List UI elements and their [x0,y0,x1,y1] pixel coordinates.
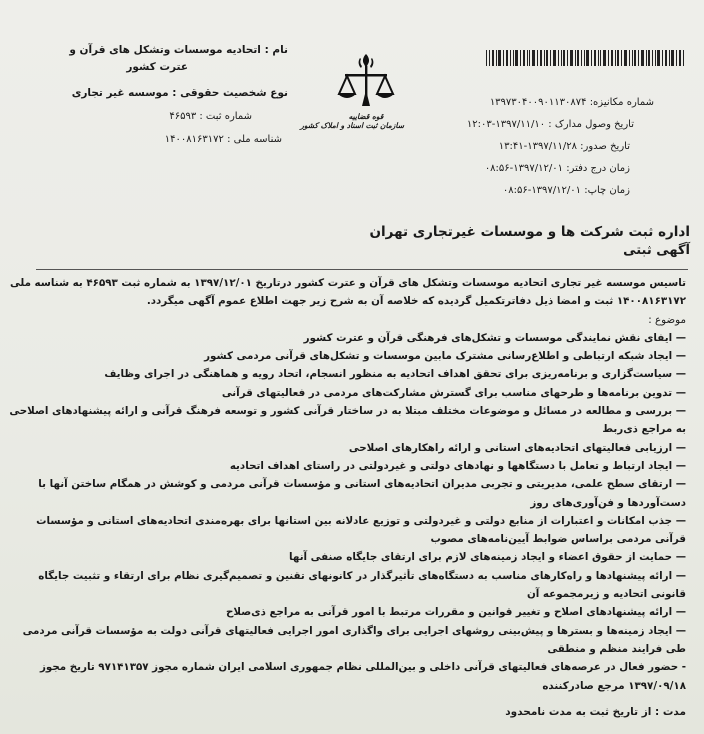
subject-item: ارزیابی فعالیتهای اتحادیه‌های استانی و ا… [8,439,686,457]
subject-item: ایجاد شبکه ارتباطی و اطلاع‌رسانی مشترک م… [8,347,686,365]
document-metadata: شماره مکانیزه: ۱۳۹۷۳۰۴۰۰۹۰۱۱۳۰۸۷۴ تاریخ … [467,92,654,202]
subject-item: حضور فعال در عرصه‌های فعالیتهای قرآنی دا… [8,658,686,695]
national-id: شناسه ملی : ۱۴۰۰۸۱۶۳۱۷۲ [18,134,288,146]
logo-line-2: سازمان ثبت اسناد و املاک کشور [328,121,404,130]
office-heading: اداره ثبت شرکت ها و موسسات غیرتجاری تهرا… [370,224,690,258]
subject-item: حمایت از حقوق اعضاء و ایجاد زمینه‌های لا… [8,548,686,566]
meta-documents-received: تاریخ وصول مدارک : ۱۳۹۷/۱۱/۱۰-۱۲:۰۳ [467,114,654,136]
entity-name: نام : اتحادیه موسسات وتشکل های قرآن و عت… [18,44,288,73]
notice-body: تاسیس موسسه غیر تجاری اتحادیه موسسات وتش… [8,274,686,695]
subject-item: جذب امکانات و اعتبارات از منابع دولتی و … [8,512,686,549]
meta-value: ۱۳۹۷/۱۱/۱۰-۱۲:۰۳ [467,119,545,130]
meta-label: زمان چاپ: [584,185,630,196]
name-value: اتحادیه موسسات وتشکل های قرآن و [69,44,261,56]
subject-item: ارائه پیشنهادهای اصلاح و تغییر قوانین و … [8,603,686,621]
subject-item: ارائه پیشنهادها و راه‌کارهای مناسب به دس… [8,567,686,604]
meta-register-time: زمان درج دفتر: ۱۳۹۷/۱۲/۰۱-۰۸:۵۶ [467,158,654,180]
registration-value: ۴۶۵۹۳ [169,111,196,122]
registration-number: شماره ثبت : ۴۶۵۹۳ [18,111,288,123]
subject-item: ایفای نقش نمایندگی موسسات و تشکل‌های فره… [8,329,686,347]
subject-item: ارتقای سطح علمی، مدیریتی و تجربی مدیران … [8,475,686,512]
meta-issue-date: تاریخ صدور: ۱۳۹۷/۱۱/۲۸-۱۳:۴۱ [467,136,654,158]
meta-print-time: زمان چاپ: ۱۳۹۷/۱۲/۰۱-۰۸:۵۶ [467,180,654,202]
meta-label: تاریخ وصول مدارک : [548,119,634,130]
subject-item: ایجاد زمینه‌ها و بسترها و پیش‌بینی روشها… [8,622,686,659]
subject-item: بررسی و مطالعه در مسائل و موضوعات مختلف … [8,402,686,439]
subject-label: موضوع : [8,311,686,329]
meta-mechanized-number: شماره مکانیزه: ۱۳۹۷۳۰۴۰۰۹۰۱۱۳۰۸۷۴ [467,92,654,114]
duration: مدت : از تاریخ ثبت به مدت نامحدود [505,706,686,718]
scales-of-justice-icon [335,52,397,112]
meta-value: ۱۳۹۷/۱۱/۲۸-۱۳:۴۱ [499,141,577,152]
registration-notice-document: نام : اتحادیه موسسات وتشکل های قرآن و عت… [0,0,704,734]
subject-item: سیاست‌گزاری و برنامه‌ریزی برای تحقق اهدا… [8,365,686,383]
barcode [486,50,684,66]
subject-item: ایجاد ارتباط و تعامل با دستگاهها و نهاده… [8,457,686,475]
registration-label: شماره ثبت : [199,111,252,122]
name-label: نام : [265,44,288,56]
national-id-label: شناسه ملی : [227,134,282,145]
logo-line-1: قوه قضاییه [328,112,404,121]
meta-label: تاریخ صدور: [580,141,630,152]
meta-value: ۱۳۹۷۳۰۴۰۰۹۰۱۱۳۰۸۷۴ [490,97,587,108]
legal-type: نوع شخصیت حقوقی : موسسه غیر تجاری [18,87,288,100]
divider [36,269,688,270]
national-id-value: ۱۴۰۰۸۱۶۳۱۷۲ [165,134,224,145]
meta-label: شماره مکانیزه: [590,97,654,108]
entity-info-block: نام : اتحادیه موسسات وتشکل های قرآن و عت… [18,44,288,157]
notice-subtitle: آگهی ثبتی [370,243,690,258]
subject-item: تدوین برنامه‌ها و طرحهای مناسب برای گستر… [8,384,686,402]
name-value-continued: عترت کشور [18,61,288,74]
meta-value: ۱۳۹۷/۱۲/۰۱-۰۸:۵۶ [503,185,581,196]
legal-type-label: نوع شخصیت حقوقی : [172,87,288,99]
meta-label: زمان درج دفتر: [566,163,630,174]
legal-type-value: موسسه غیر تجاری [72,87,169,99]
meta-value: ۱۳۹۷/۱۲/۰۱-۰۸:۵۶ [485,163,563,174]
intro-paragraph: تاسیس موسسه غیر تجاری اتحادیه موسسات وتش… [8,274,686,311]
judiciary-logo: قوه قضاییه سازمان ثبت اسناد و املاک کشور [328,52,404,146]
office-title: اداره ثبت شرکت ها و موسسات غیرتجاری تهرا… [370,224,690,240]
